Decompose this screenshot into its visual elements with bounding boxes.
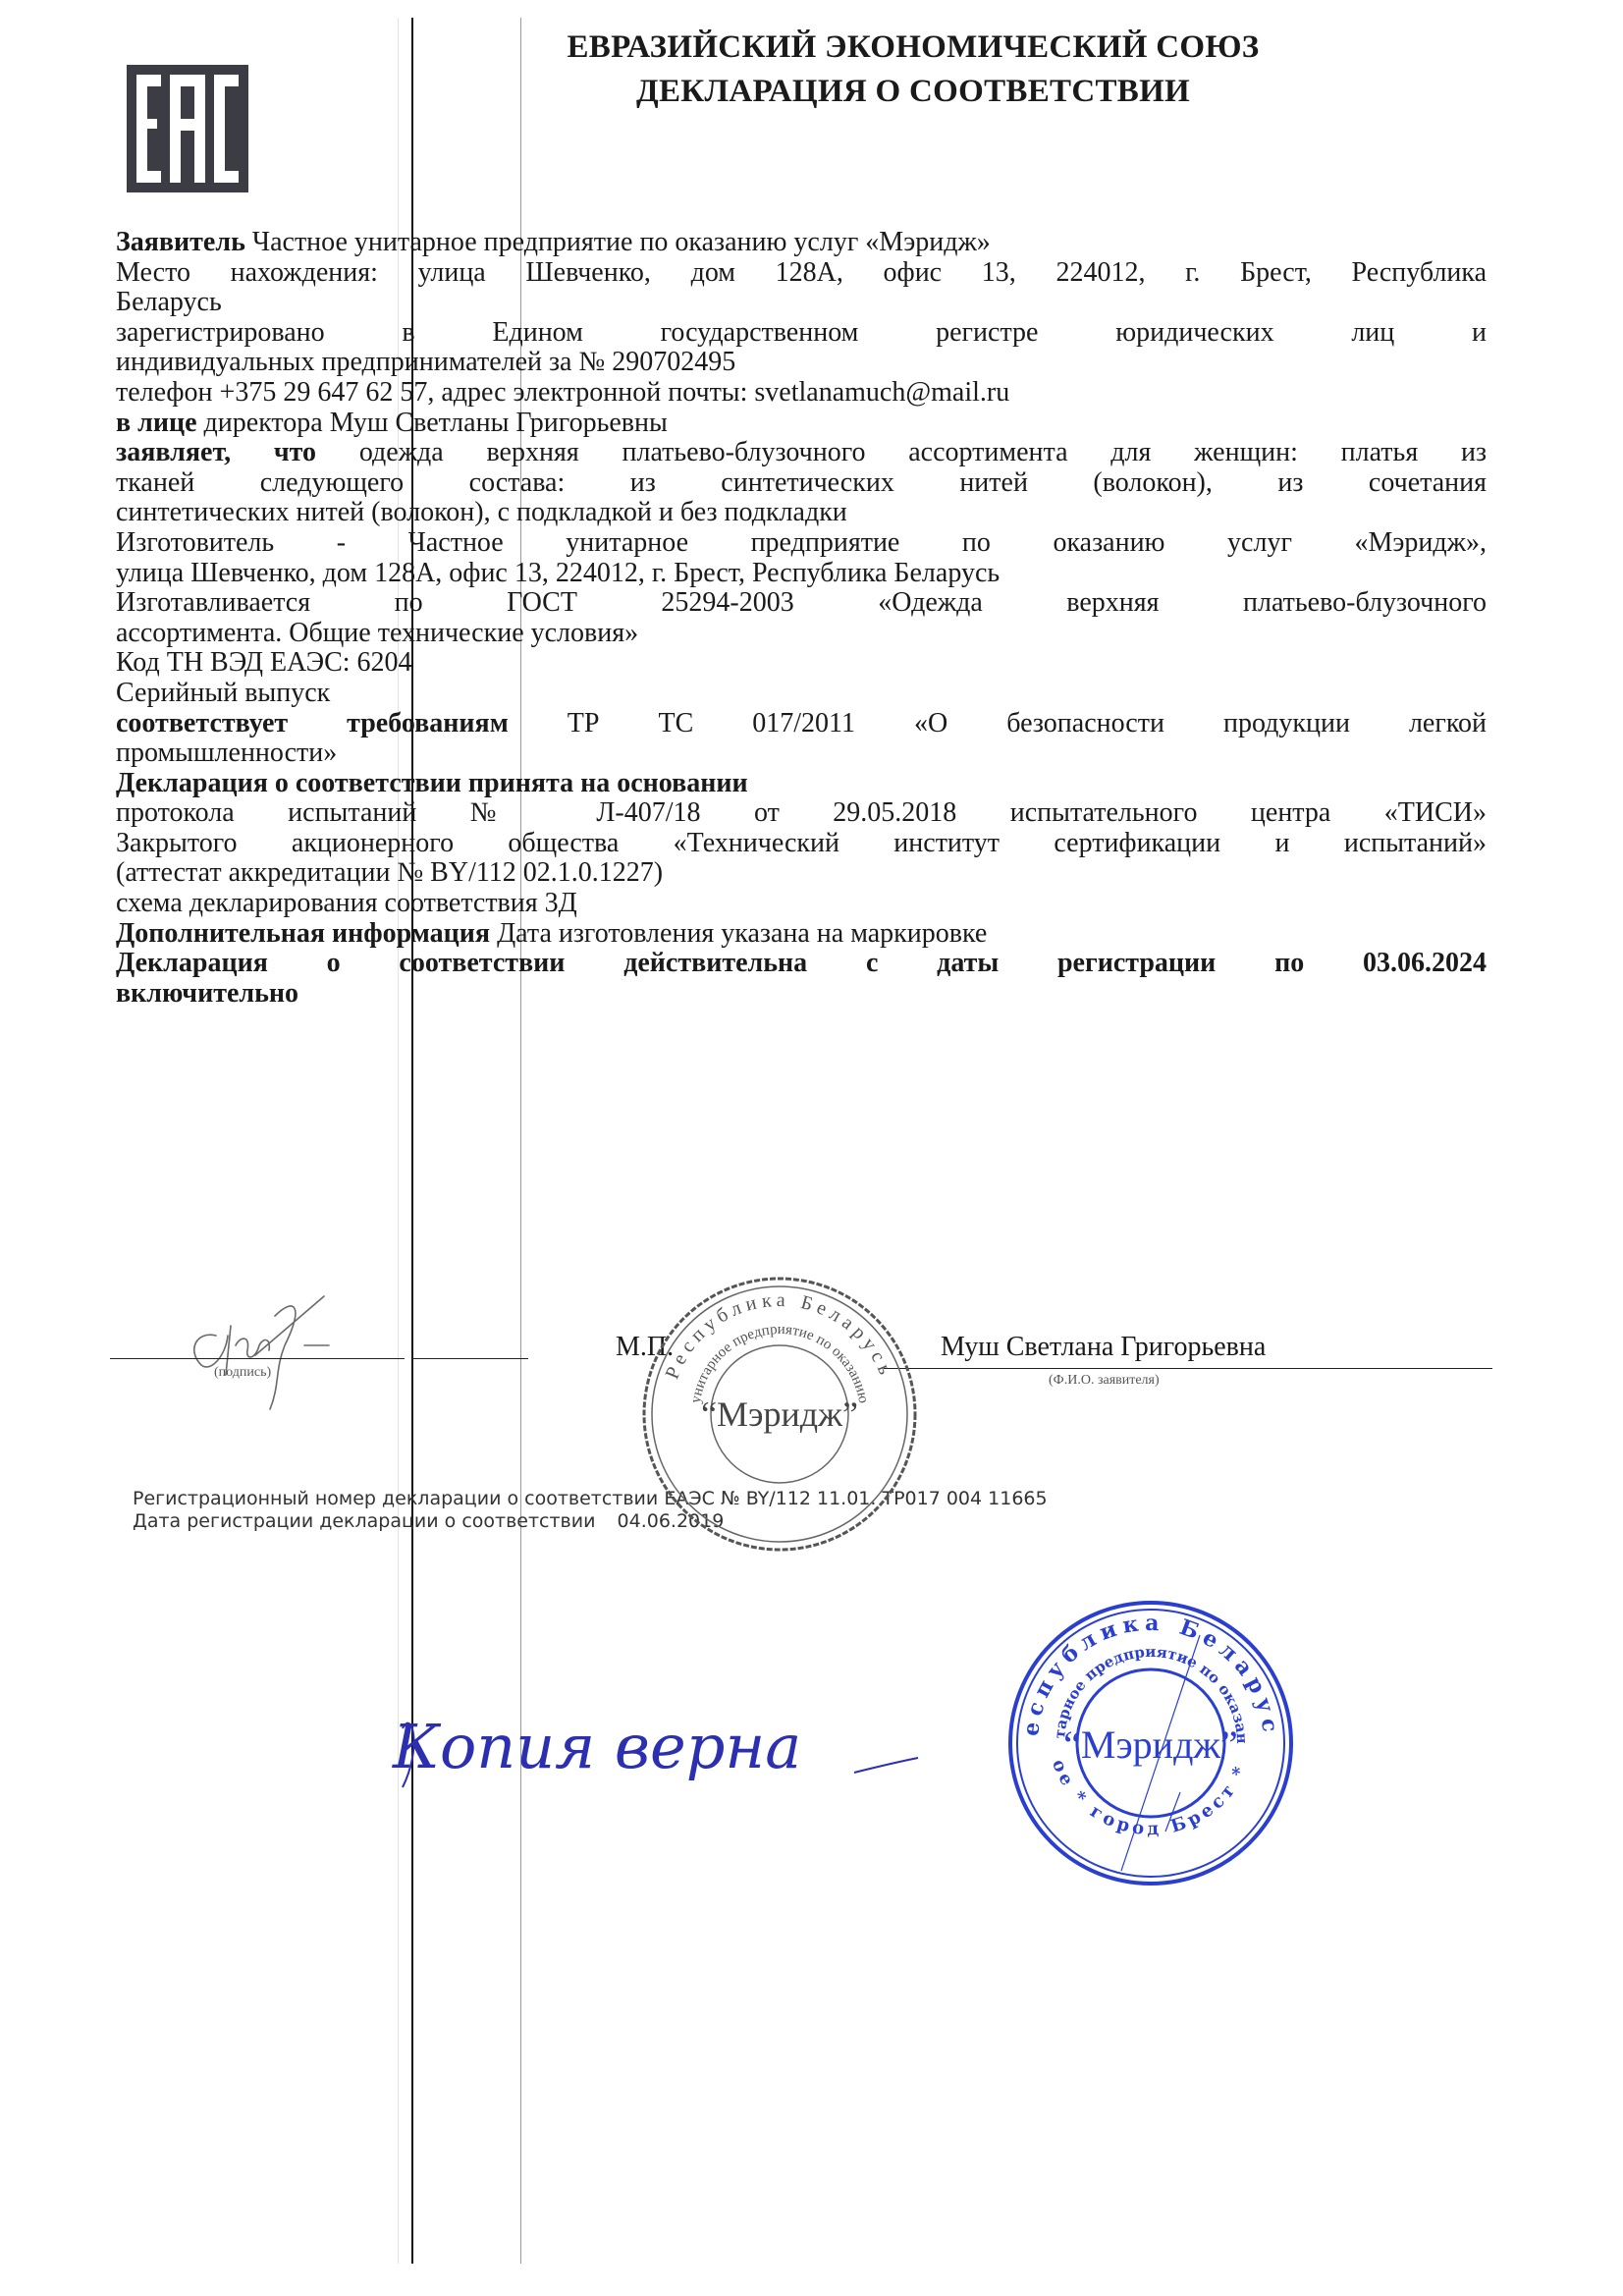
standard-line-1: Изготавливается по ГОСТ 25294-2003 «Одеж… (116, 588, 1487, 619)
signature-line-right (412, 1358, 528, 1359)
svg-text:Копия верна: Копия верна (392, 1711, 801, 1782)
registered-line-2: индивидуальных предпринимателей за № 290… (116, 348, 1487, 378)
basis-line-2: Закрытого акционерного общества «Техниче… (116, 829, 1487, 859)
handwritten-copy-certified: Копия верна (383, 1689, 933, 1856)
represented-line: в лице директора Муш Светланы Григорьевн… (116, 409, 1487, 439)
applicant-signature (157, 1277, 412, 1424)
standard-line-2: ассортимента. Общие технические условия» (116, 619, 1487, 649)
conforms-regulation: ТР ТС 017/2011 «О безопасности продукции… (568, 708, 1487, 738)
declaration-body: Заявитель Частное унитарное предприятие … (116, 228, 1487, 1009)
company-seal-grey: Республика Беларусь унитарное предприяти… (632, 1267, 927, 1561)
additional-label: Дополнительная информация (116, 918, 490, 949)
basis-line-1: протокола испытаний № Л-407/18 от 29.05.… (116, 798, 1487, 829)
conforms-line-2: промышленности» (116, 738, 1487, 769)
represented-label: в лице (116, 408, 197, 438)
serial-line: Серийный выпуск (116, 679, 1487, 709)
conforms-line-1: соответствует требованиям ТР ТС 017/2011… (116, 709, 1487, 739)
svg-text:“Мэридж”: “Мэридж” (701, 1394, 858, 1434)
signer-caption: (Ф.И.О. заявителя) (1049, 1373, 1160, 1389)
applicant-label: Заявитель (116, 227, 245, 257)
location-label: Место нахождения: (116, 257, 378, 288)
additional-value: Дата изготовления указана на маркировке (497, 918, 987, 949)
basis-heading: Декларация о соответствии принята на осн… (116, 769, 1487, 799)
signature-line (110, 1358, 405, 1359)
svg-text:“Мэридж”: “Мэридж” (1063, 1722, 1238, 1767)
validity-line-1: Декларация о соответствии действительна … (116, 949, 1487, 979)
additional-info-line: Дополнительная информация Дата изготовле… (116, 919, 1487, 950)
header-declaration-title: ДЕКЛАРАЦИЯ О СООТВЕТСТВИИ (491, 74, 1335, 110)
signature-caption: (подпись) (214, 1365, 271, 1381)
location-line-2: Беларусь (116, 288, 1487, 318)
applicant-line: Заявитель Частное унитарное предприятие … (116, 228, 1487, 258)
product-line-2: тканей следующего состава: из синтетичес… (116, 468, 1487, 499)
svg-text:унитарное предприятие по оказа: унитарное предприятие по оказанию (688, 1322, 872, 1404)
location-value: улица Шевченко, дом 128А, офис 13, 22401… (418, 257, 1487, 288)
eac-logo-icon (127, 65, 248, 192)
validity-line-2: включительно (116, 979, 1487, 1010)
declares-label: заявляет, что (116, 437, 316, 467)
applicant-name: Частное унитарное предприятие по оказани… (252, 227, 991, 257)
manufacturer-line-2: улица Шевченко, дом 128А, офис 13, 22401… (116, 559, 1487, 589)
signer-name-line (884, 1368, 1492, 1369)
basis-line-3: (аттестат аккредитации № BY/112 02.1.0.1… (116, 858, 1487, 889)
scheme-line: схема декларирования соответствия 3Д (116, 889, 1487, 919)
product-line-1: заявляет, что одежда верхняя платьево-бл… (116, 438, 1487, 468)
phone-email-line: телефон +375 29 647 62 57, адрес электро… (116, 378, 1487, 409)
signer-name: Муш Светлана Григорьевна (941, 1332, 1266, 1363)
represented-value: директора Муш Светланы Григорьевны (204, 408, 668, 438)
code-line: Код ТН ВЭД ЕАЭС: 6204 (116, 648, 1487, 679)
product-description: одежда верхняя платьево-блузочного ассор… (359, 437, 1487, 467)
product-line-3: синтетических нитей (волокон), с подклад… (116, 498, 1487, 528)
conforms-label: соответствует требованиям (116, 708, 509, 738)
registration-number-label: Регистрационный номер декларации о соотв… (133, 1488, 658, 1509)
registered-line-1: зарегистрировано в Едином государственно… (116, 318, 1487, 349)
location-line: Место нахождения: улица Шевченко, дом 12… (116, 258, 1487, 289)
registration-date-label: Дата регистрации декларации о соответств… (133, 1510, 595, 1532)
header-union-title: ЕВРАЗИЙСКИЙ ЭКОНОМИЧЕСКИЙ СОЮЗ (491, 29, 1335, 66)
company-seal-blue: Республика Беларусь унитарное предприяти… (1003, 1596, 1298, 1890)
manufacturer-line-1: Изготовитель - Частное унитарное предпри… (116, 528, 1487, 559)
